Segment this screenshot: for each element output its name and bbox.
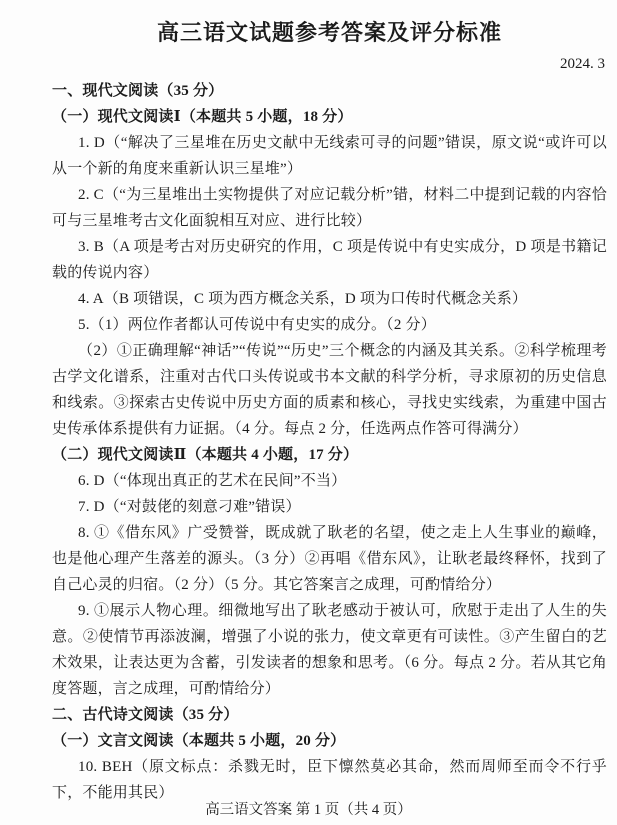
answer-key-body: 一、现代文阅读（35 分） （一）现代文阅读Ⅰ（本题共 5 小题，18 分） 1…: [52, 78, 607, 806]
answer-q7: 7. D（“对鼓佬的刻意刁难”错误）: [52, 494, 607, 520]
answer-q5-part2: （2）①正确理解“神话”“传说”“历史”三个概念的内涵及其关系。②科学梳理考古学…: [52, 338, 607, 442]
answer-q1: 1. D（“解决了三星堆在历史文献中无线索可寻的问题”错误，原文说“或许可以从一…: [52, 130, 607, 182]
page-footer: 高三语文答案 第 1 页（共 4 页）: [0, 800, 617, 820]
answer-q6: 6. D（“体现出真正的艺术在民间”不当）: [52, 468, 607, 494]
subsection-heading-classical-prose: （一）文言文阅读（本题共 5 小题，20 分）: [52, 728, 607, 754]
answer-q10: 10. BEH（原文标点：杀戮无时，臣下懔然莫必其命，然而周师至而令不行乎下，不…: [52, 754, 607, 806]
answer-q8: 8. ①《借东风》广受赞誉，既成就了耿老的名望，使之走上人生事业的巅峰，也是他心…: [52, 520, 607, 598]
document-page: 高三语文试题参考答案及评分标准 2024. 3 一、现代文阅读（35 分） （一…: [0, 0, 617, 825]
answer-q5-part1: 5.（1）两位作者都认可传说中有史实的成分。（2 分）: [52, 312, 607, 338]
answer-q3: 3. B（A 项是考古对历史研究的作用，C 项是传说中有史实成分，D 项是书籍记…: [52, 234, 607, 286]
subsection-heading-modern-reading-1: （一）现代文阅读Ⅰ（本题共 5 小题，18 分）: [52, 104, 607, 130]
answer-q9: 9. ①展示人物心理。细微地写出了耿老感动于被认可，欣慰于走出了人生的失意。②使…: [52, 598, 607, 702]
answer-q4: 4. A（B 项错误，C 项为西方概念关系，D 项为口传时代概念关系）: [52, 286, 607, 312]
section-heading-classical-reading: 二、古代诗文阅读（35 分）: [52, 702, 607, 728]
subsection-heading-modern-reading-2: （二）现代文阅读Ⅱ（本题共 4 小题，17 分）: [52, 442, 607, 468]
page-title: 高三语文试题参考答案及评分标准: [52, 18, 607, 48]
answer-q2: 2. C（“为三星堆出土实物提供了对应记载分析”错，材料二中提到记载的内容恰可与…: [52, 182, 607, 234]
section-heading-modern-reading: 一、现代文阅读（35 分）: [52, 78, 607, 104]
date-label: 2024. 3: [52, 54, 605, 74]
